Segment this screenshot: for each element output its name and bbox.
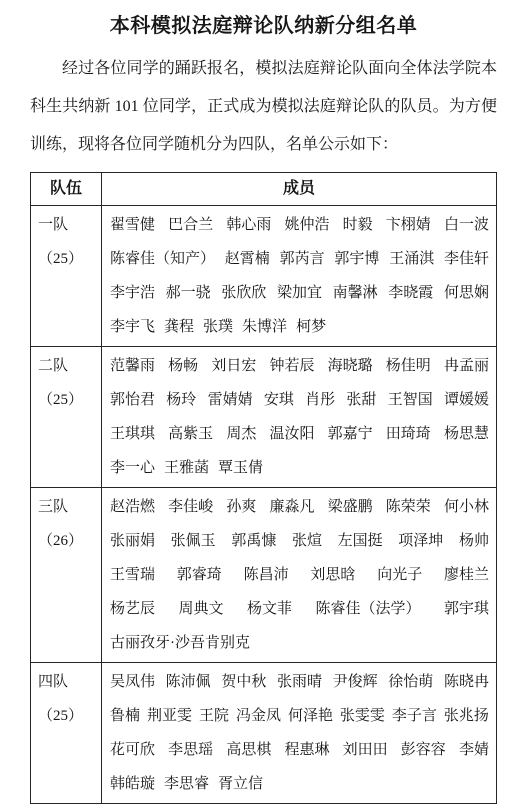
member-name: 郭禹慷 xyxy=(231,524,276,558)
member-name: 南馨淋 xyxy=(333,276,378,310)
member-name: 覃玉倩 xyxy=(218,451,263,485)
member-name: 陈睿佳（知产） xyxy=(110,242,215,276)
member-name: 杨佳明 xyxy=(386,349,431,383)
member-name: 冉孟丽 xyxy=(444,349,489,383)
member-name: 龚程 xyxy=(164,310,194,344)
member-name: 李晓霞 xyxy=(388,276,433,310)
members-cell: 吴凤伟陈沛佩贺中秋张雨晴尹俊辉徐怡萌陈晓冉鲁楠荆亚雯王院冯金凤何泽艳张雯雯李子言… xyxy=(102,663,497,804)
member-name: 冯金凤 xyxy=(236,699,281,733)
member-name: 何泽艳 xyxy=(288,699,333,733)
member-name: 杨玲 xyxy=(166,383,196,417)
member-name: 古丽孜牙·沙吾肯别克 xyxy=(110,626,250,660)
member-name: 姚仲浩 xyxy=(284,208,329,242)
member-name: 徐怡萌 xyxy=(388,665,433,699)
member-name: 柯梦 xyxy=(296,310,326,344)
team-cell: 一队（25） xyxy=(31,206,102,347)
member-name: 朱博洋 xyxy=(242,310,287,344)
member-name: 杨艺辰 xyxy=(110,592,155,626)
member-name: 陈沛佩 xyxy=(166,665,211,699)
member-line: 王雪瑞郭睿琦陈昌沛刘思晗向光子廖桂兰 xyxy=(110,558,489,592)
team-row: 四队（25）吴凤伟陈沛佩贺中秋张雨晴尹俊辉徐怡萌陈晓冉鲁楠荆亚雯王院冯金凤何泽艳… xyxy=(31,663,497,804)
member-name: 何小林 xyxy=(444,490,489,524)
member-name: 郭嘉宁 xyxy=(328,417,373,451)
member-name: 左国挺 xyxy=(338,524,383,558)
member-name: 陈荣荣 xyxy=(386,490,431,524)
member-line: 郭怡君杨玲雷婧婧安琪肖彤张甜王智国谭媛媛 xyxy=(110,383,489,417)
member-name: 杨文菲 xyxy=(247,592,292,626)
team-cell: 四队（25） xyxy=(31,663,102,804)
member-name: 刘日宏 xyxy=(211,349,256,383)
intro-paragraph: 经过各位同学的踊跃报名，模拟法庭辩论队面向全体法学院本科生共纳新 101 位同学… xyxy=(30,50,497,164)
member-name: 郝一骁 xyxy=(166,276,211,310)
member-name: 郭宇琪 xyxy=(444,592,489,626)
member-line: 李一心王雅菡覃玉倩 xyxy=(110,451,489,485)
roster-table: 队伍 成员 一队（25）翟雪健巴合兰韩心雨姚仲浩时毅卞栩婧白一波陈睿佳（知产）赵… xyxy=(30,172,497,804)
member-name: 翟雪健 xyxy=(110,208,155,242)
member-line: 赵浩燃李佳峻孙爽廉淼凡梁盛鹏陈荣荣何小林 xyxy=(110,490,489,524)
member-name: 赵浩燃 xyxy=(110,490,155,524)
member-name: 韩心雨 xyxy=(226,208,271,242)
member-name: 赵霄楠 xyxy=(225,242,270,276)
member-name: 白一波 xyxy=(444,208,489,242)
team-row: 二队（25）范馨雨杨畅刘日宏钟若辰海晓璐杨佳明冉孟丽郭怡君杨玲雷婧婧安琪肖彤张甜… xyxy=(31,347,497,488)
member-name: 李宇飞 xyxy=(110,310,155,344)
member-name: 范馨雨 xyxy=(110,349,155,383)
member-name: 李宇浩 xyxy=(110,276,155,310)
member-line: 古丽孜牙·沙吾肯别克 xyxy=(110,626,489,660)
member-name: 程惠琳 xyxy=(284,733,329,767)
member-name: 郭芮言 xyxy=(280,242,325,276)
member-name: 李子言 xyxy=(392,699,437,733)
member-name: 向光子 xyxy=(377,558,422,592)
member-name: 张佩玉 xyxy=(171,524,216,558)
member-line: 陈睿佳（知产）赵霄楠郭芮言郭宇博王涌淇李佳轩 xyxy=(110,242,489,276)
member-name: 李思睿 xyxy=(164,767,209,801)
member-name: 郭怡君 xyxy=(110,383,155,417)
member-line: 花可欣李思瑶高思棋程惠琳刘田田彭容容李婧 xyxy=(110,733,489,767)
member-name: 彭容容 xyxy=(401,733,446,767)
member-name: 谭媛媛 xyxy=(444,383,489,417)
member-name: 巴合兰 xyxy=(168,208,213,242)
team-cell: 二队（25） xyxy=(31,347,102,488)
members-cell: 翟雪健巴合兰韩心雨姚仲浩时毅卞栩婧白一波陈睿佳（知产）赵霄楠郭芮言郭宇博王涌淇李… xyxy=(102,206,497,347)
header-team: 队伍 xyxy=(31,173,102,206)
member-name: 张璞 xyxy=(203,310,233,344)
member-name: 王琪琪 xyxy=(110,417,155,451)
member-name: 李思瑶 xyxy=(168,733,213,767)
member-name: 王院 xyxy=(199,699,229,733)
member-name: 杨帅 xyxy=(459,524,489,558)
member-name: 何思娴 xyxy=(444,276,489,310)
team-count: （25） xyxy=(38,699,99,733)
member-name: 刘思晗 xyxy=(310,558,355,592)
member-name: 卞栩婧 xyxy=(386,208,431,242)
member-name: 张兆扬 xyxy=(444,699,489,733)
member-name: 张煊 xyxy=(292,524,322,558)
member-name: 杨思慧 xyxy=(444,417,489,451)
member-name: 尹俊辉 xyxy=(333,665,378,699)
members-cell: 范馨雨杨畅刘日宏钟若辰海晓璐杨佳明冉孟丽郭怡君杨玲雷婧婧安琪肖彤张甜王智国谭媛媛… xyxy=(102,347,497,488)
member-name: 陈睿佳（法学） xyxy=(315,592,420,626)
roster-table-body: 一队（25）翟雪健巴合兰韩心雨姚仲浩时毅卞栩婧白一波陈睿佳（知产）赵霄楠郭芮言郭… xyxy=(31,206,497,804)
team-count: （25） xyxy=(38,383,99,417)
header-members: 成员 xyxy=(102,173,497,206)
member-name: 张欣欣 xyxy=(221,276,266,310)
team-name: 四队 xyxy=(38,665,99,699)
member-name: 安琪 xyxy=(264,383,294,417)
member-line: 李宇飞龚程张璞朱博洋柯梦 xyxy=(110,310,489,344)
member-name: 张雯雯 xyxy=(340,699,385,733)
member-name: 田琦琦 xyxy=(386,417,431,451)
member-name: 廖桂兰 xyxy=(444,558,489,592)
team-name: 一队 xyxy=(38,208,99,242)
member-line: 吴凤伟陈沛佩贺中秋张雨晴尹俊辉徐怡萌陈晓冉 xyxy=(110,665,489,699)
member-line: 鲁楠荆亚雯王院冯金凤何泽艳张雯雯李子言张兆扬 xyxy=(110,699,489,733)
member-name: 周典文 xyxy=(178,592,223,626)
member-name: 高思棋 xyxy=(226,733,271,767)
member-name: 张雨晴 xyxy=(277,665,322,699)
member-name: 时毅 xyxy=(343,208,373,242)
member-name: 周杰 xyxy=(226,417,256,451)
member-name: 郭睿琦 xyxy=(177,558,222,592)
member-name: 贺中秋 xyxy=(221,665,266,699)
member-name: 韩皓璇 xyxy=(110,767,155,801)
member-line: 韩皓璇李思睿胥立信 xyxy=(110,767,489,801)
member-name: 荆亚雯 xyxy=(147,699,192,733)
member-name: 胥立信 xyxy=(218,767,263,801)
member-name: 孙爽 xyxy=(226,490,256,524)
member-line: 翟雪健巴合兰韩心雨姚仲浩时毅卞栩婧白一波 xyxy=(110,208,489,242)
member-name: 廉淼凡 xyxy=(269,490,314,524)
member-name: 刘田田 xyxy=(343,733,388,767)
team-name: 二队 xyxy=(38,349,99,383)
member-name: 李佳轩 xyxy=(444,242,489,276)
member-name: 郭宇博 xyxy=(334,242,379,276)
member-name: 王雪瑞 xyxy=(110,558,155,592)
member-name: 李婧 xyxy=(459,733,489,767)
team-count: （26） xyxy=(38,524,99,558)
member-name: 王涌淇 xyxy=(389,242,434,276)
document-page: 本科模拟法庭辩论队纳新分组名单 经过各位同学的踊跃报名，模拟法庭辩论队面向全体法… xyxy=(0,0,528,811)
member-name: 梁加宜 xyxy=(277,276,322,310)
member-name: 陈晓冉 xyxy=(444,665,489,699)
members-cell: 赵浩燃李佳峻孙爽廉淼凡梁盛鹏陈荣荣何小林张丽娟张佩玉郭禹慷张煊左国挺项泽坤杨帅王… xyxy=(102,488,497,663)
member-name: 高紫玉 xyxy=(168,417,213,451)
member-name: 项泽坤 xyxy=(398,524,443,558)
team-count: （25） xyxy=(38,242,99,276)
member-name: 陈昌沛 xyxy=(244,558,289,592)
team-cell: 三队（26） xyxy=(31,488,102,663)
member-name: 张甜 xyxy=(346,383,376,417)
member-name: 温汝阳 xyxy=(269,417,314,451)
member-name: 海晓璐 xyxy=(328,349,373,383)
member-line: 李宇浩郝一骁张欣欣梁加宜南馨淋李晓霞何思娴 xyxy=(110,276,489,310)
team-name: 三队 xyxy=(38,490,99,524)
member-name: 张丽娟 xyxy=(110,524,155,558)
member-name: 王智国 xyxy=(388,383,433,417)
team-row: 一队（25）翟雪健巴合兰韩心雨姚仲浩时毅卞栩婧白一波陈睿佳（知产）赵霄楠郭芮言郭… xyxy=(31,206,497,347)
member-line: 范馨雨杨畅刘日宏钟若辰海晓璐杨佳明冉孟丽 xyxy=(110,349,489,383)
member-name: 鲁楠 xyxy=(110,699,140,733)
member-name: 王雅菡 xyxy=(164,451,209,485)
member-name: 吴凤伟 xyxy=(110,665,155,699)
header-row: 队伍 成员 xyxy=(31,173,497,206)
member-line: 王琪琪高紫玉周杰温汝阳郭嘉宁田琦琦杨思慧 xyxy=(110,417,489,451)
member-line: 张丽娟张佩玉郭禹慷张煊左国挺项泽坤杨帅 xyxy=(110,524,489,558)
member-name: 钟若辰 xyxy=(269,349,314,383)
member-name: 肖彤 xyxy=(305,383,335,417)
member-name: 雷婧婧 xyxy=(208,383,253,417)
member-name: 李一心 xyxy=(110,451,155,485)
member-name: 李佳峻 xyxy=(168,490,213,524)
document-title: 本科模拟法庭辩论队纳新分组名单 xyxy=(30,14,497,38)
member-name: 花可欣 xyxy=(110,733,155,767)
team-row: 三队（26）赵浩燃李佳峻孙爽廉淼凡梁盛鹏陈荣荣何小林张丽娟张佩玉郭禹慷张煊左国挺… xyxy=(31,488,497,663)
member-name: 杨畅 xyxy=(168,349,198,383)
member-line: 杨艺辰周典文杨文菲陈睿佳（法学）郭宇琪 xyxy=(110,592,489,626)
member-name: 梁盛鹏 xyxy=(328,490,373,524)
